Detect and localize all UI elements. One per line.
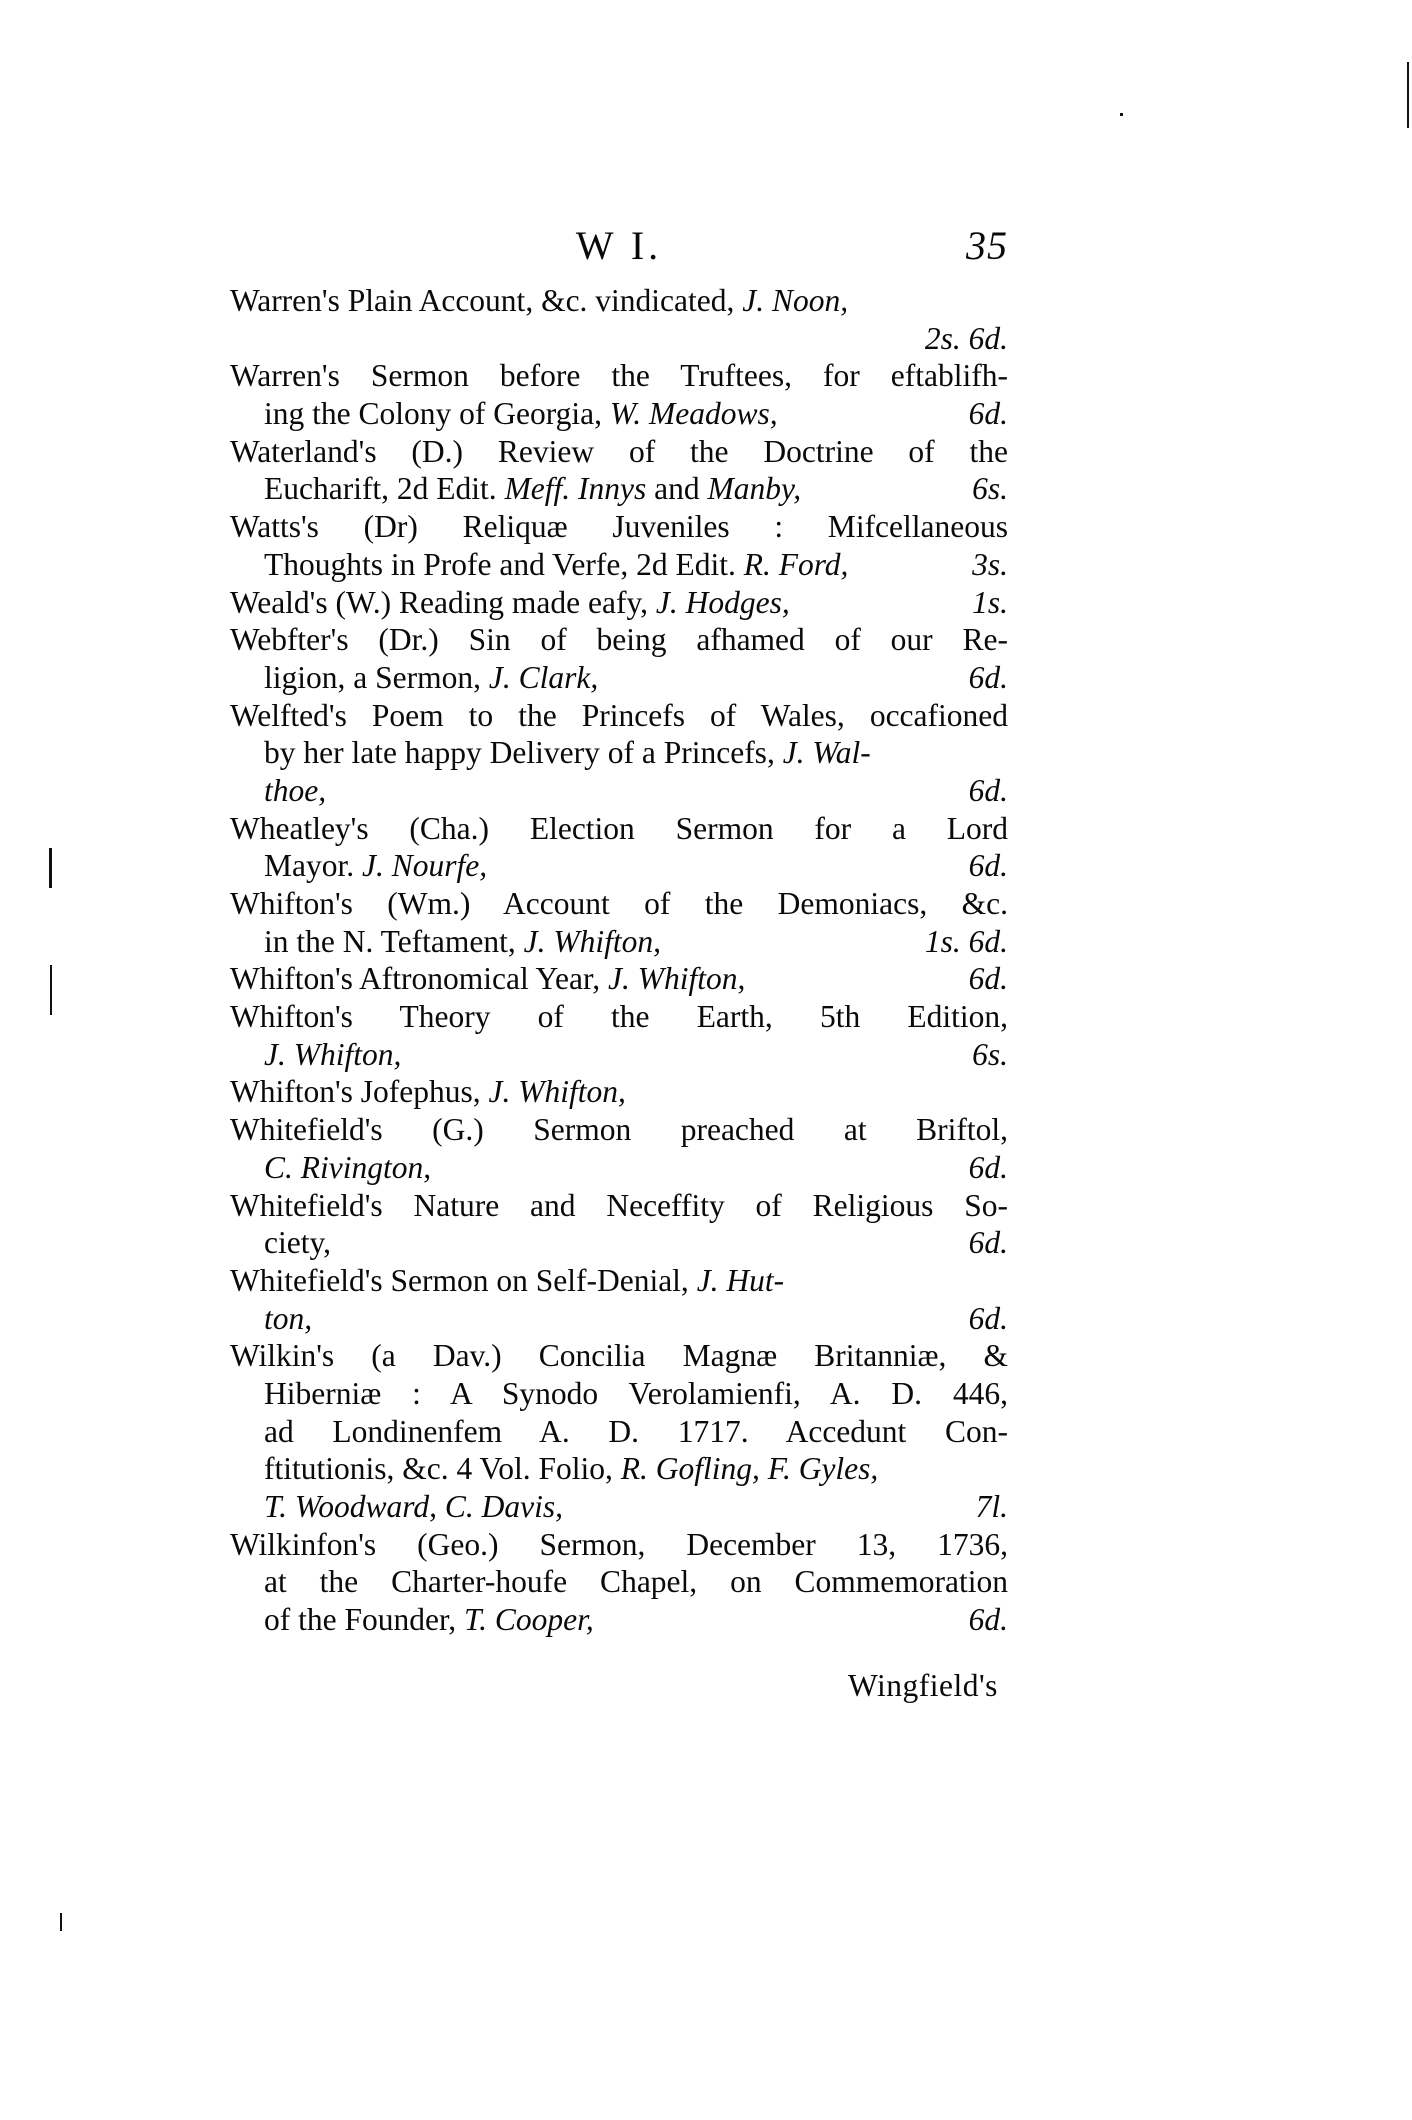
entry-text: Whifton's Aftronomical Year, J. Whifton,	[230, 961, 745, 996]
catalogue-entry: Welfted's Poem to the Princefs of Wales,…	[230, 697, 1008, 810]
entry-text: ton,	[264, 1301, 312, 1336]
title-text: Welfted's Poem to the Princefs of Wales,…	[230, 698, 1008, 733]
publisher-name: J. Whifton,	[264, 1037, 401, 1072]
title-text: Whitefield's (G.) Sermon preached at Bri…	[230, 1112, 1008, 1147]
entry-continuation-line: in the N. Teftament, J. Whifton,1s. 6d.	[230, 923, 1008, 961]
entry-text: Eucharift, 2d Edit. Meff. Innys and Manb…	[264, 471, 801, 506]
scan-edge-mark	[60, 1913, 62, 1931]
entry-continuation-line: ciety,6d.	[230, 1224, 1008, 1262]
entry-continuation-line: C. Rivington,6d.	[230, 1149, 1008, 1187]
catalogue-entry: Wilkinfon's (Geo.) Sermon, December 13, …	[230, 1526, 1008, 1639]
page-number: 35	[966, 222, 1008, 269]
title-text: Waterland's (D.) Review of the Doctrine …	[230, 434, 1008, 469]
price: 1s.	[972, 584, 1008, 622]
entry-continuation-line: by her late happy Delivery of a Princefs…	[230, 734, 1008, 772]
title-text: Weald's (W.) Reading made eafy,	[230, 585, 656, 620]
entry-text: Welfted's Poem to the Princefs of Wales,…	[230, 698, 1008, 733]
title-text: at the Charter-houfe Chapel, on Commemor…	[264, 1564, 1008, 1599]
catalogue-entry: Watts's (Dr) Reliquæ Juveniles : Mifcell…	[230, 508, 1008, 583]
entry-text: ligion, a Sermon, J. Clark,	[264, 660, 598, 695]
entry-continuation-line: Mayor. J. Nourfe,6d.	[230, 847, 1008, 885]
price: 6d.	[969, 1224, 1008, 1262]
entry-title-line: Warren's Plain Account, &c. vindicated, …	[230, 282, 1008, 320]
publisher-name: T. Cooper,	[464, 1602, 594, 1637]
entry-title-line: Wheatley's (Cha.) Election Sermon for a …	[230, 810, 1008, 848]
entry-text: Mayor. J. Nourfe,	[264, 848, 487, 883]
catchword: Wingfield's	[848, 1668, 998, 1704]
title-text: ad Londinenfem A. D. 1717. Accedunt Con-	[264, 1414, 1008, 1449]
price: 6d.	[969, 847, 1008, 885]
entry-continuation-line: ad Londinenfem A. D. 1717. Accedunt Con-	[230, 1413, 1008, 1451]
entry-text: Whifton's (Wm.) Account of the Demoniacs…	[230, 886, 1008, 921]
entry-text: Hiberniæ : A Synodo Verolamienfi, A. D. …	[264, 1376, 1008, 1411]
price: 6d.	[969, 1300, 1008, 1338]
title-text: Thoughts in Profe and Verfe, 2d Edit.	[264, 547, 744, 582]
running-head: W I. 35	[230, 222, 1008, 270]
title-text: Mayor.	[264, 848, 362, 883]
entry-text: of the Founder, T. Cooper,	[264, 1602, 594, 1637]
publisher-name: J. Whifton,	[489, 1074, 626, 1109]
entry-text: Wilkinfon's (Geo.) Sermon, December 13, …	[230, 1527, 1008, 1562]
catalogue-entry: Whitefield's Sermon on Self-Denial, J. H…	[230, 1262, 1008, 1337]
price: 6d.	[969, 1601, 1008, 1639]
publisher-name: J. Wal-	[783, 735, 871, 770]
entry-text: Wilkin's (a Dav.) Concilia Magnæ Britann…	[230, 1338, 1008, 1373]
title-text: Whifton's Jofephus,	[230, 1074, 489, 1109]
entry-continuation-line: of the Founder, T. Cooper,6d.	[230, 1601, 1008, 1639]
entry-title-line: Warren's Sermon before the Truftees, for…	[230, 357, 1008, 395]
title-text: Wilkinfon's (Geo.) Sermon, December 13, …	[230, 1527, 1008, 1562]
entry-title-line: Whitefield's Sermon on Self-Denial, J. H…	[230, 1262, 1008, 1300]
title-text: ing the Colony of Georgia,	[264, 396, 610, 431]
entry-continuation-line: thoe,6d.	[230, 772, 1008, 810]
publisher-name: J. Noon,	[742, 283, 848, 318]
entry-text: T. Woodward, C. Davis,	[264, 1489, 563, 1524]
scan-edge-mark	[50, 965, 52, 1015]
price: 6d.	[969, 395, 1008, 433]
publisher-name: J. Clark,	[489, 660, 598, 695]
publisher-name: J. Hut-	[697, 1263, 784, 1298]
entry-text: by her late happy Delivery of a Princefs…	[264, 735, 871, 770]
scan-edge-mark	[49, 848, 52, 888]
entry-title-line: Whifton's (Wm.) Account of the Demoniacs…	[230, 885, 1008, 923]
title-text: Whitefield's Sermon on Self-Denial,	[230, 1263, 697, 1298]
catalogue-entry: Weald's (W.) Reading made eafy, J. Hodge…	[230, 584, 1008, 622]
publisher-name: W. Meadows,	[610, 396, 778, 431]
title-text: Eucharift, 2d Edit.	[264, 471, 505, 506]
title-text: of the Founder,	[264, 1602, 464, 1637]
title-text: Warren's Plain Account, &c. vindicated,	[230, 283, 742, 318]
title-text: ciety,	[264, 1225, 331, 1260]
entry-title-line: Wilkinfon's (Geo.) Sermon, December 13, …	[230, 1526, 1008, 1564]
entry-title-line: Whitefield's (G.) Sermon preached at Bri…	[230, 1111, 1008, 1149]
title-text: Watts's (Dr) Reliquæ Juveniles : Mifcell…	[230, 509, 1008, 544]
price: 3s.	[972, 546, 1008, 584]
catalogue-entry: Whifton's Theory of the Earth, 5th Editi…	[230, 998, 1008, 1073]
entry-title-line: Webfter's (Dr.) Sin of being afhamed of …	[230, 621, 1008, 659]
publisher-name: ton,	[264, 1301, 312, 1336]
entry-text: Whifton's Theory of the Earth, 5th Editi…	[230, 999, 1008, 1034]
entry-text: J. Whifton,	[264, 1037, 401, 1072]
title-text: Whitefield's Nature and Neceffity of Rel…	[230, 1188, 1008, 1223]
title-text: Wheatley's (Cha.) Election Sermon for a …	[230, 811, 1008, 846]
entry-text: Whitefield's Nature and Neceffity of Rel…	[230, 1188, 1008, 1223]
price: 6s.	[972, 1036, 1008, 1074]
title-text: by her late happy Delivery of a Princefs…	[264, 735, 783, 770]
entry-continuation-line: 2s. 6d.	[230, 320, 1008, 358]
publisher-name: J. Nourfe,	[362, 848, 487, 883]
title-text: and	[646, 471, 707, 506]
entry-text: Warren's Sermon before the Truftees, for…	[230, 358, 1008, 393]
entry-continuation-line: ton,6d.	[230, 1300, 1008, 1338]
publisher-name: J. Whifton,	[608, 961, 745, 996]
scan-edge-mark	[1120, 113, 1123, 116]
catalogue-entry: Whitefield's Nature and Neceffity of Rel…	[230, 1187, 1008, 1262]
catalogue-entry: Whifton's Jofephus, J. Whifton,	[230, 1073, 1008, 1111]
entry-title-line: Whitefield's Nature and Neceffity of Rel…	[230, 1187, 1008, 1225]
price: 1s. 6d.	[925, 923, 1008, 961]
entry-text: Warren's Plain Account, &c. vindicated, …	[230, 283, 848, 318]
entry-continuation-line: ing the Colony of Georgia, W. Meadows,6d…	[230, 395, 1008, 433]
catalogue-column: Warren's Plain Account, &c. vindicated, …	[230, 282, 1008, 1639]
entry-text: Thoughts in Profe and Verfe, 2d Edit. R.…	[264, 547, 848, 582]
publisher-name: C. Rivington,	[264, 1150, 431, 1185]
entry-text: C. Rivington,	[264, 1150, 431, 1185]
entry-text: ing the Colony of Georgia, W. Meadows,	[264, 396, 778, 431]
publisher-name: Meff. Innys	[505, 471, 647, 506]
entry-text: Whitefield's Sermon on Self-Denial, J. H…	[230, 1263, 784, 1298]
title-text: Whifton's Aftronomical Year,	[230, 961, 608, 996]
entry-title-line: Whifton's Theory of the Earth, 5th Editi…	[230, 998, 1008, 1036]
catalogue-entry: Wilkin's (a Dav.) Concilia Magnæ Britann…	[230, 1337, 1008, 1525]
entry-text: Whifton's Jofephus, J. Whifton,	[230, 1074, 626, 1109]
entry-continuation-line: T. Woodward, C. Davis,7l.	[230, 1488, 1008, 1526]
entry-title-line: Wilkin's (a Dav.) Concilia Magnæ Britann…	[230, 1337, 1008, 1375]
catalogue-entry: Warren's Sermon before the Truftees, for…	[230, 357, 1008, 432]
title-text: in the N. Teftament,	[264, 924, 524, 959]
publisher-name: J. Whifton,	[524, 924, 661, 959]
publisher-name: thoe,	[264, 773, 326, 808]
scan-edge-mark	[1407, 62, 1409, 128]
publisher-name: J. Hodges,	[656, 585, 790, 620]
book-page: W I. 35 Warren's Plain Account, &c. vind…	[0, 0, 1412, 2120]
entry-text: ad Londinenfem A. D. 1717. Accedunt Con-	[264, 1414, 1008, 1449]
title-text: Whifton's (Wm.) Account of the Demoniacs…	[230, 886, 1008, 921]
entry-title-line: Whifton's Aftronomical Year, J. Whifton,…	[230, 960, 1008, 998]
entry-text: thoe,	[264, 773, 326, 808]
entry-continuation-line: Hiberniæ : A Synodo Verolamienfi, A. D. …	[230, 1375, 1008, 1413]
entry-text: Webfter's (Dr.) Sin of being afhamed of …	[230, 622, 1008, 657]
price: 6d.	[969, 659, 1008, 697]
price: 6d.	[969, 772, 1008, 810]
publisher-name: Manby,	[708, 471, 802, 506]
catalogue-entry: Webfter's (Dr.) Sin of being afhamed of …	[230, 621, 1008, 696]
catalogue-entry: Whifton's (Wm.) Account of the Demoniacs…	[230, 885, 1008, 960]
entry-text: ftitutionis, &c. 4 Vol. Folio, R. Goflin…	[264, 1451, 878, 1486]
entry-title-line: Welfted's Poem to the Princefs of Wales,…	[230, 697, 1008, 735]
entry-continuation-line: J. Whifton,6s.	[230, 1036, 1008, 1074]
publisher-name: T. Woodward, C. Davis,	[264, 1489, 563, 1524]
price: 6d.	[969, 960, 1008, 998]
entry-title-line: Whifton's Jofephus, J. Whifton,	[230, 1073, 1008, 1111]
price: 6d.	[969, 1149, 1008, 1187]
entry-continuation-line: ligion, a Sermon, J. Clark,6d.	[230, 659, 1008, 697]
catalogue-entry: Whitefield's (G.) Sermon preached at Bri…	[230, 1111, 1008, 1186]
entry-text: in the N. Teftament, J. Whifton,	[264, 924, 661, 959]
entry-text: Whitefield's (G.) Sermon preached at Bri…	[230, 1112, 1008, 1147]
title-text: ligion, a Sermon,	[264, 660, 489, 695]
title-text: ftitutionis, &c. 4 Vol. Folio,	[264, 1451, 621, 1486]
entry-text: at the Charter-houfe Chapel, on Commemor…	[264, 1564, 1008, 1599]
catalogue-entry: Waterland's (D.) Review of the Doctrine …	[230, 433, 1008, 508]
entry-text: Wheatley's (Cha.) Election Sermon for a …	[230, 811, 1008, 846]
entry-text: ciety,	[264, 1225, 331, 1260]
entry-text: Watts's (Dr) Reliquæ Juveniles : Mifcell…	[230, 509, 1008, 544]
entry-title-line: Waterland's (D.) Review of the Doctrine …	[230, 433, 1008, 471]
catalogue-entry: Whifton's Aftronomical Year, J. Whifton,…	[230, 960, 1008, 998]
catalogue-entry: Wheatley's (Cha.) Election Sermon for a …	[230, 810, 1008, 885]
entry-continuation-line: Eucharift, 2d Edit. Meff. Innys and Manb…	[230, 470, 1008, 508]
entry-title-line: Watts's (Dr) Reliquæ Juveniles : Mifcell…	[230, 508, 1008, 546]
entry-continuation-line: ftitutionis, &c. 4 Vol. Folio, R. Goflin…	[230, 1450, 1008, 1488]
title-text: Whifton's Theory of the Earth, 5th Editi…	[230, 999, 1008, 1034]
price: 6s.	[972, 470, 1008, 508]
title-text: Webfter's (Dr.) Sin of being afhamed of …	[230, 622, 1008, 657]
price: 2s. 6d.	[230, 320, 1008, 358]
entry-continuation-line: at the Charter-houfe Chapel, on Commemor…	[230, 1563, 1008, 1601]
price: 7l.	[976, 1488, 1008, 1526]
section-letters: W I.	[230, 222, 1008, 269]
publisher-name: R. Ford,	[744, 547, 849, 582]
entry-text: Weald's (W.) Reading made eafy, J. Hodge…	[230, 585, 790, 620]
catalogue-entry: Warren's Plain Account, &c. vindicated, …	[230, 282, 1008, 357]
title-text: Warren's Sermon before the Truftees, for…	[230, 358, 1008, 393]
entry-text: Waterland's (D.) Review of the Doctrine …	[230, 434, 1008, 469]
title-text: Hiberniæ : A Synodo Verolamienfi, A. D. …	[264, 1376, 1008, 1411]
title-text: Wilkin's (a Dav.) Concilia Magnæ Britann…	[230, 1338, 1008, 1373]
publisher-name: R. Gofling, F. Gyles,	[621, 1451, 879, 1486]
entry-title-line: Weald's (W.) Reading made eafy, J. Hodge…	[230, 584, 1008, 622]
entry-continuation-line: Thoughts in Profe and Verfe, 2d Edit. R.…	[230, 546, 1008, 584]
